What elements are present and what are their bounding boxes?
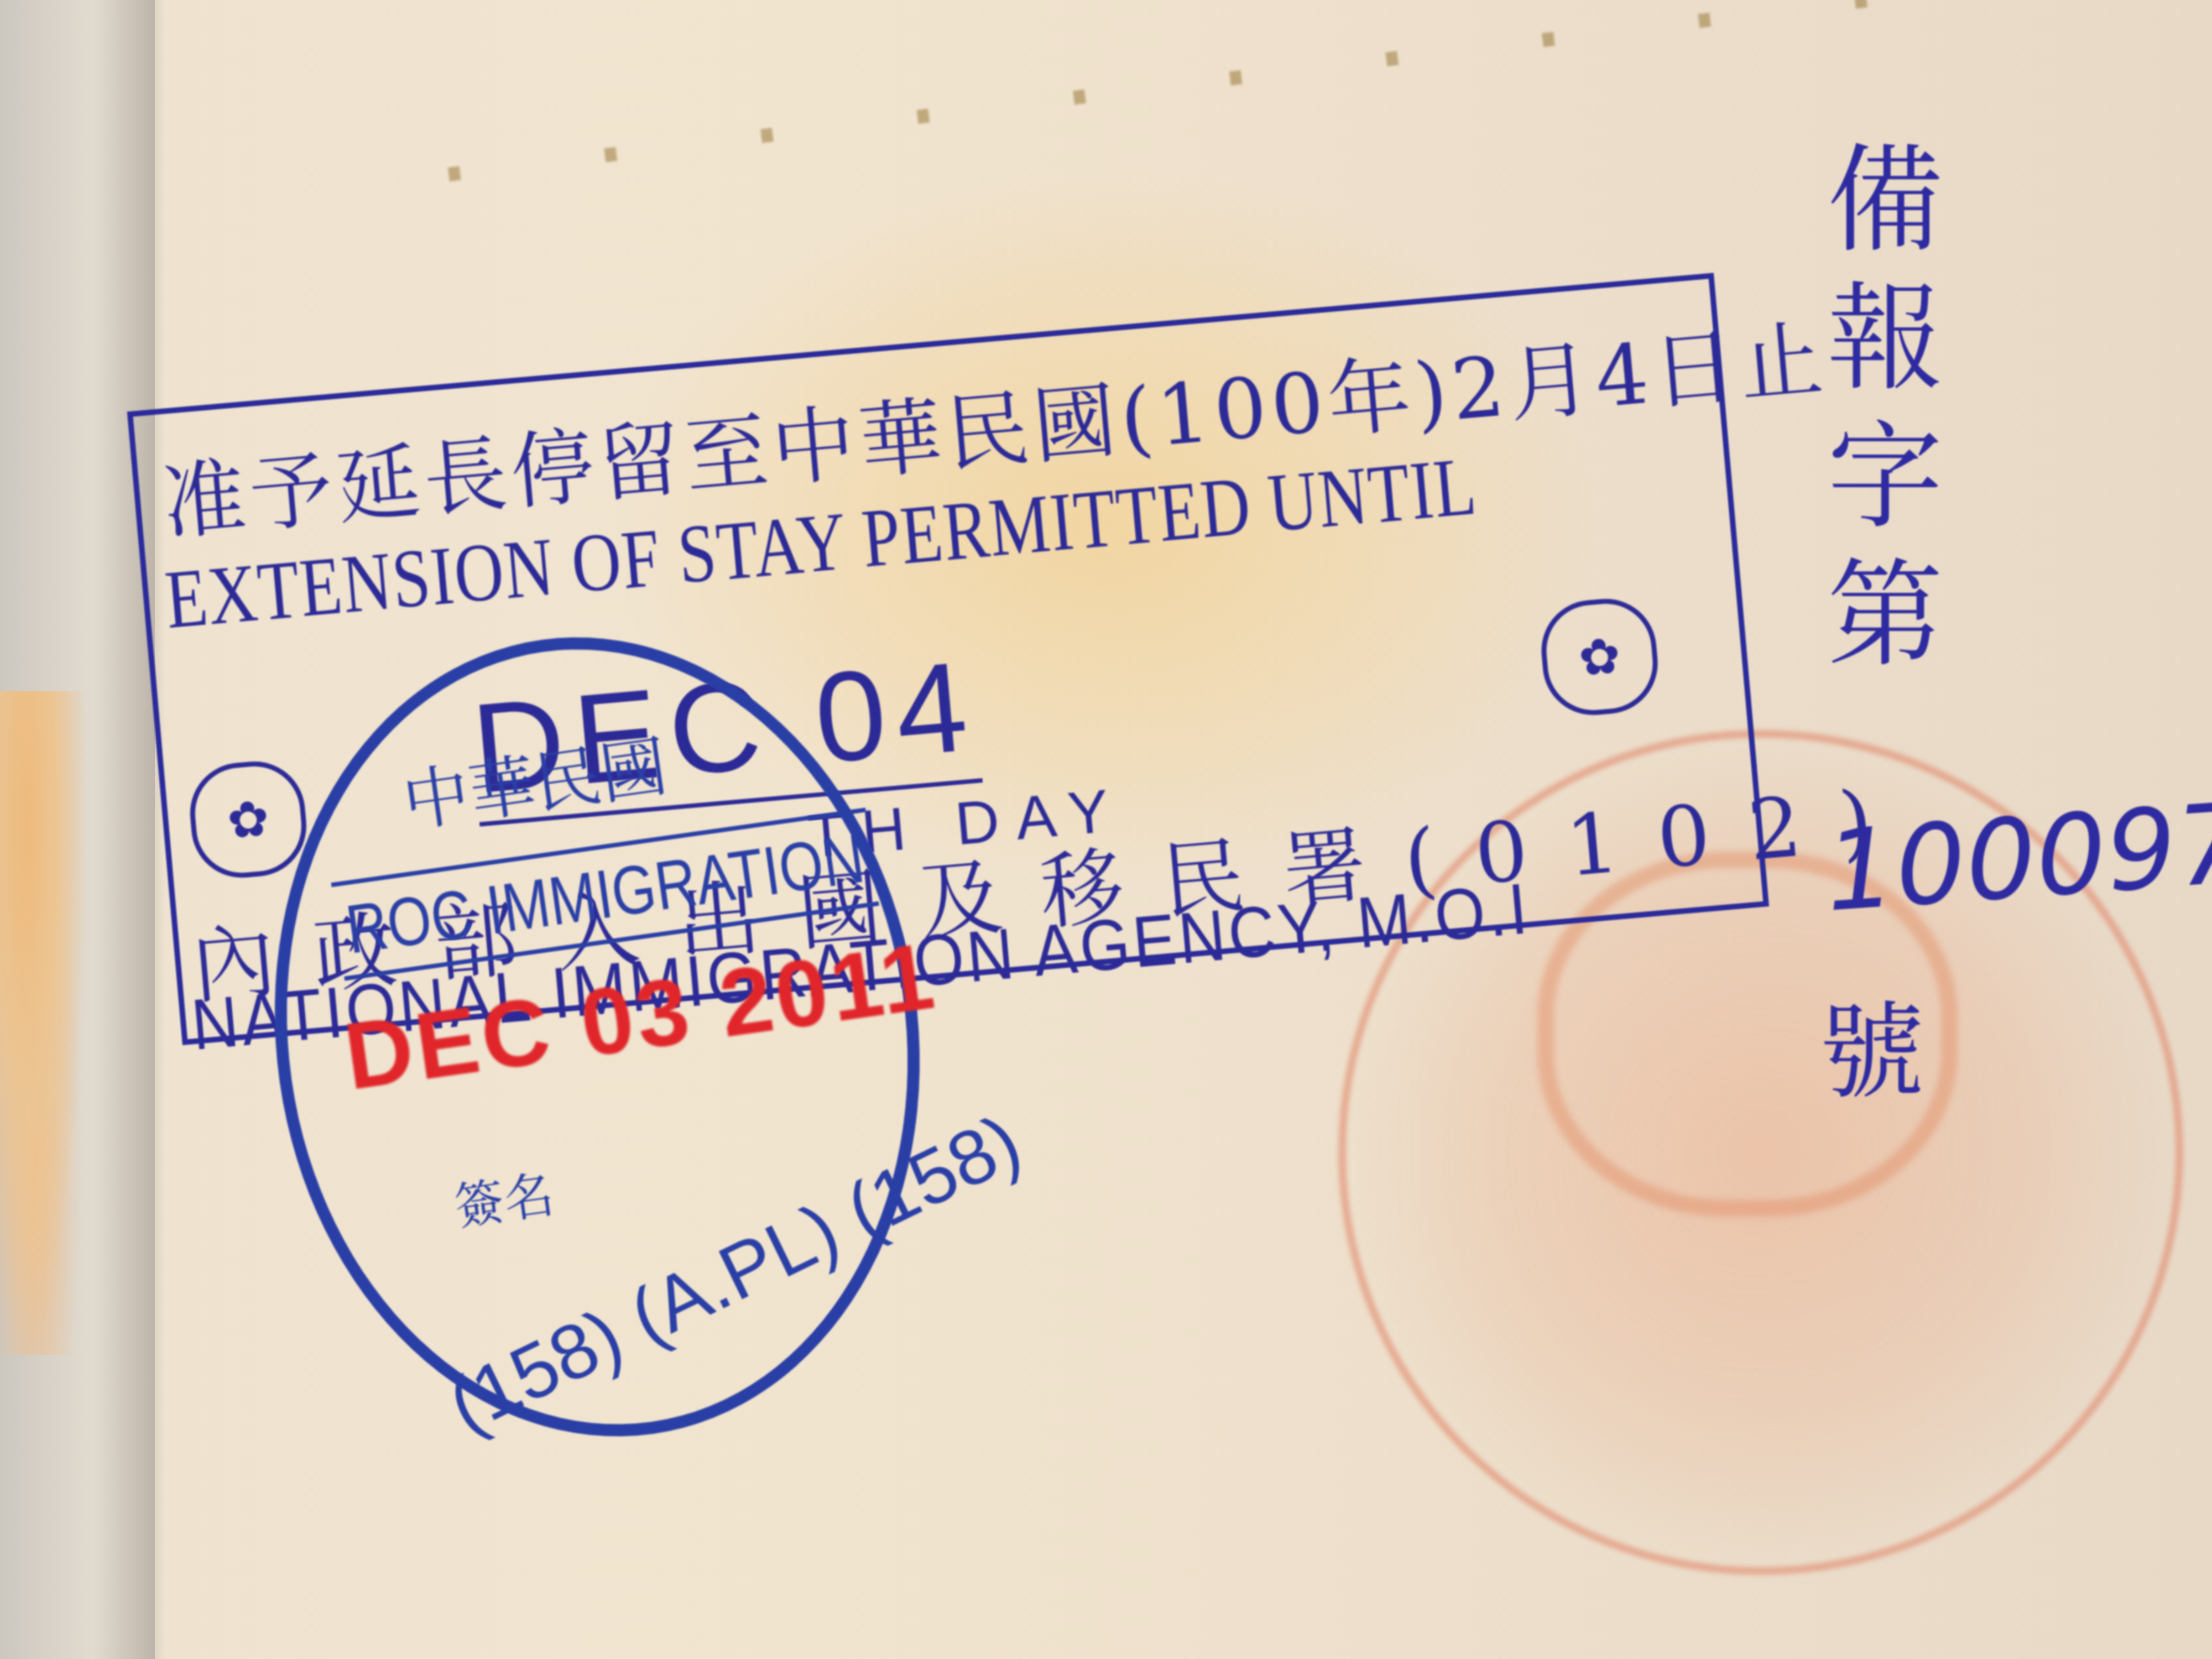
plum-blossom-icon: ✿	[1537, 594, 1662, 719]
plum-blossom-icon: ✿	[186, 757, 310, 881]
adjacent-page-flower-pattern	[0, 691, 88, 1355]
handwritten-characters: 備報字第	[1792, 138, 1959, 691]
round-stamp-code: (158) (A.PL) (158)	[435, 1097, 1035, 1451]
handwritten-suffix: 號	[1819, 968, 1924, 1119]
round-stamp-signature: 簽名	[449, 1154, 557, 1239]
round-stamp-top-text: 中華民國	[396, 714, 672, 845]
